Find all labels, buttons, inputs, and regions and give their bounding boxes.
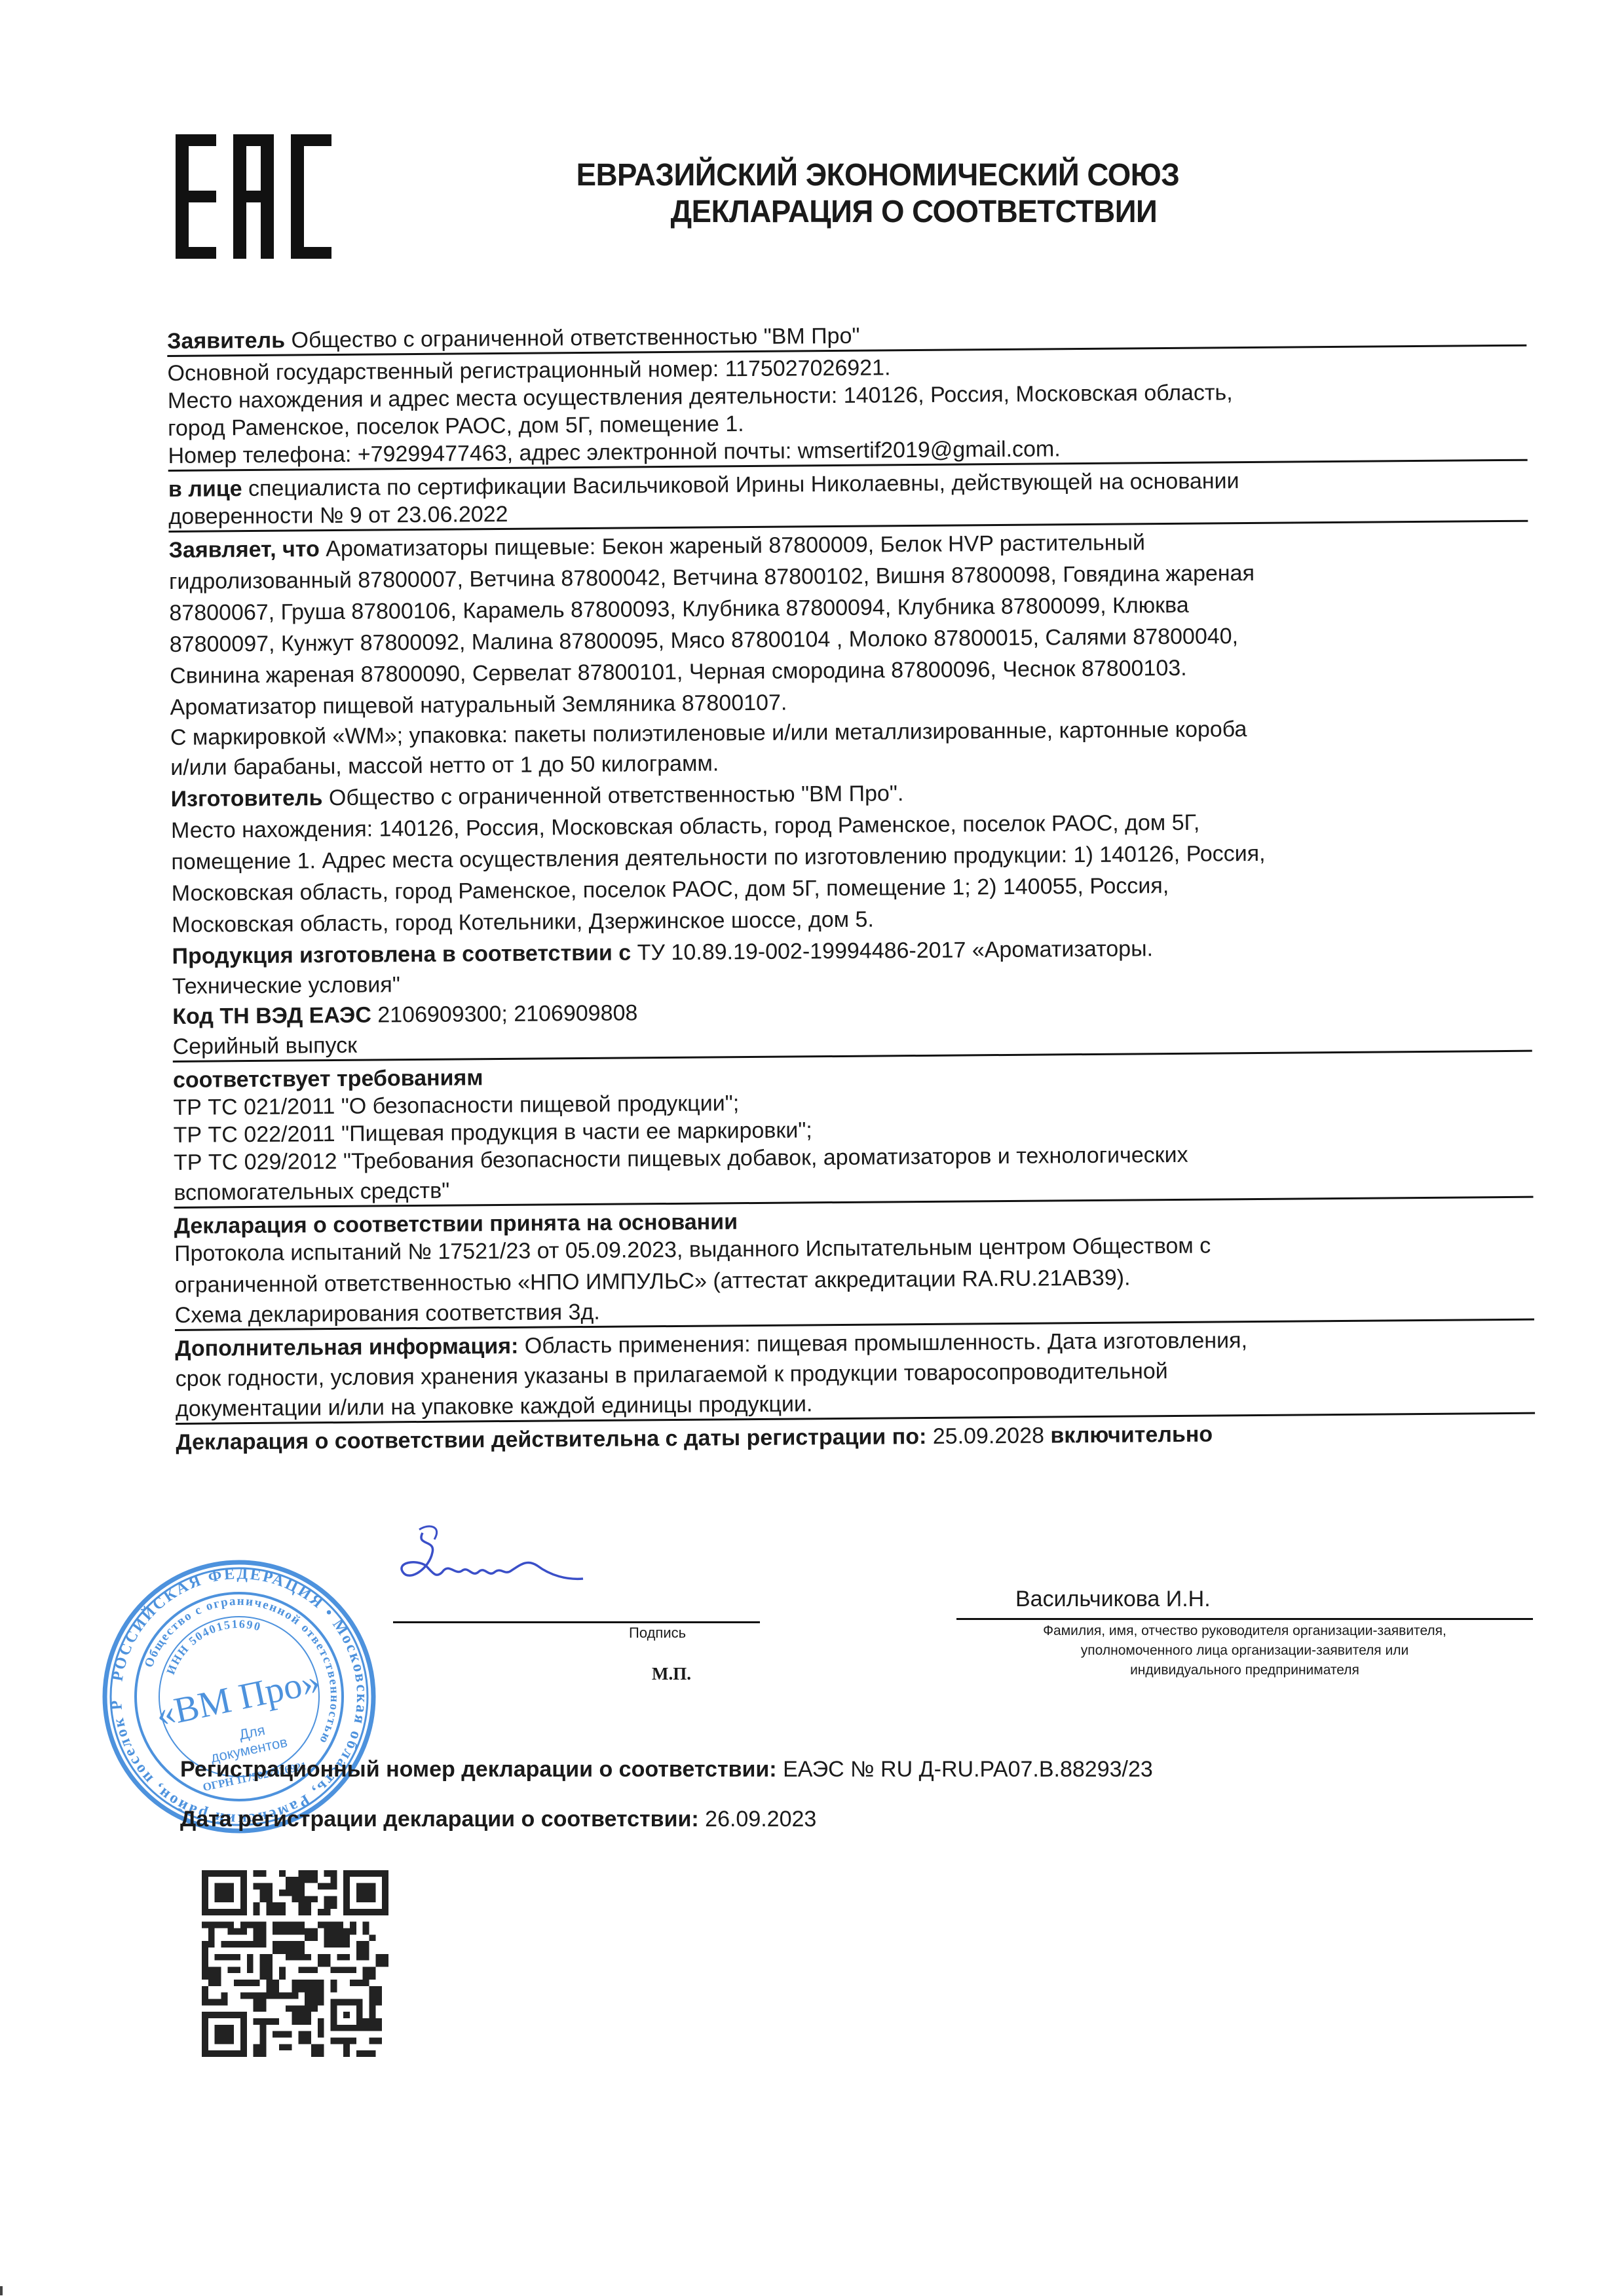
declaration-title: ДЕКЛАРАЦИЯ О СООТВЕТСТВИИ <box>562 194 1266 231</box>
scan-edge-mark <box>0 2286 3 2295</box>
signature-line <box>393 1621 760 1623</box>
validity-date: 25.09.2028 <box>933 1423 1044 1449</box>
document-title: ЕВРАЗИЙСКИЙ ЭКОНОМИЧЕСКИЙ СОЮЗ ДЕКЛАРАЦИ… <box>498 157 1284 231</box>
declaration-body: Заявитель Общество с ограниченной ответс… <box>167 317 1535 1456</box>
manufacturer-name: Общество с ограниченной ответственностью… <box>329 781 904 810</box>
manufacturer-label: Изготовитель <box>171 785 323 812</box>
signer-name: Васильчикова И.Н. <box>1015 1587 1211 1612</box>
validity-suffix: включительно <box>1050 1422 1213 1448</box>
signer-caption-line: Фамилия, имя, отчество руководителя орга… <box>956 1621 1533 1641</box>
validity-label: Декларация о соответствии действительна … <box>176 1424 926 1455</box>
applicant-label: Заявитель <box>167 328 285 354</box>
handwritten-signature-icon <box>396 1520 586 1592</box>
hs-code-value: 2106909300; 2106909808 <box>377 1000 637 1027</box>
validity-row: Декларация о соответствии действительна … <box>176 1418 1535 1456</box>
standard-label: Продукция изготовлена в соответствии с <box>172 940 631 969</box>
hs-code-label: Код ТН ВЭД ЕАЭС <box>172 1003 371 1029</box>
signer-caption-line: уполномоченного лица организации-заявите… <box>956 1641 1533 1661</box>
declares-line: Ароматизаторы пищевые: Бекон жареный 878… <box>326 530 1145 561</box>
svg-text:«ВМ Про»: «ВМ Про» <box>153 1661 324 1735</box>
registration-date-label: Дата регистрации декларации о соответств… <box>180 1807 699 1832</box>
additional-line1: Область применения: пищевая промышленнос… <box>525 1328 1247 1359</box>
declaration-page: ЕВРАЗИЙСКИЙ ЭКОНОМИЧЕСКИЙ СОЮЗ ДЕКЛАРАЦИ… <box>0 0 1624 2296</box>
signer-caption: Фамилия, имя, отчество руководителя орга… <box>956 1621 1533 1680</box>
additional-label: Дополнительная информация: <box>175 1334 518 1361</box>
eac-logo-icon <box>176 134 333 259</box>
registration-block: Регистрационный номер декларации о соотв… <box>180 1756 1153 1833</box>
union-title: ЕВРАЗИЙСКИЙ ЭКОНОМИЧЕСКИЙ СОЮЗ <box>492 157 1264 194</box>
signer-caption-line: индивидуального предпринимателя <box>956 1661 1533 1680</box>
standard-value: ТУ 10.89.19-002-19994486-2017 «Ароматиза… <box>637 936 1154 965</box>
declares-label: Заявляет, что <box>169 536 320 563</box>
qr-code-icon[interactable] <box>202 1870 388 2057</box>
signer-name-line <box>956 1618 1533 1620</box>
signature-caption: Подпись <box>629 1625 686 1642</box>
registration-number-row: Регистрационный номер декларации о соотв… <box>180 1756 1153 1783</box>
applicant-name: Общество с ограниченной ответственностью… <box>291 324 859 353</box>
registration-number-value: ЕАЭС № RU Д-RU.РА07.В.88293/23 <box>783 1757 1153 1782</box>
representative-label: в лице <box>168 476 242 502</box>
registration-number-label: Регистрационный номер декларации о соотв… <box>180 1757 777 1782</box>
registration-date-row: Дата регистрации декларации о соответств… <box>180 1805 1153 1833</box>
seal-place-label: М.П. <box>652 1664 691 1684</box>
registration-date-value: 26.09.2023 <box>705 1807 816 1832</box>
